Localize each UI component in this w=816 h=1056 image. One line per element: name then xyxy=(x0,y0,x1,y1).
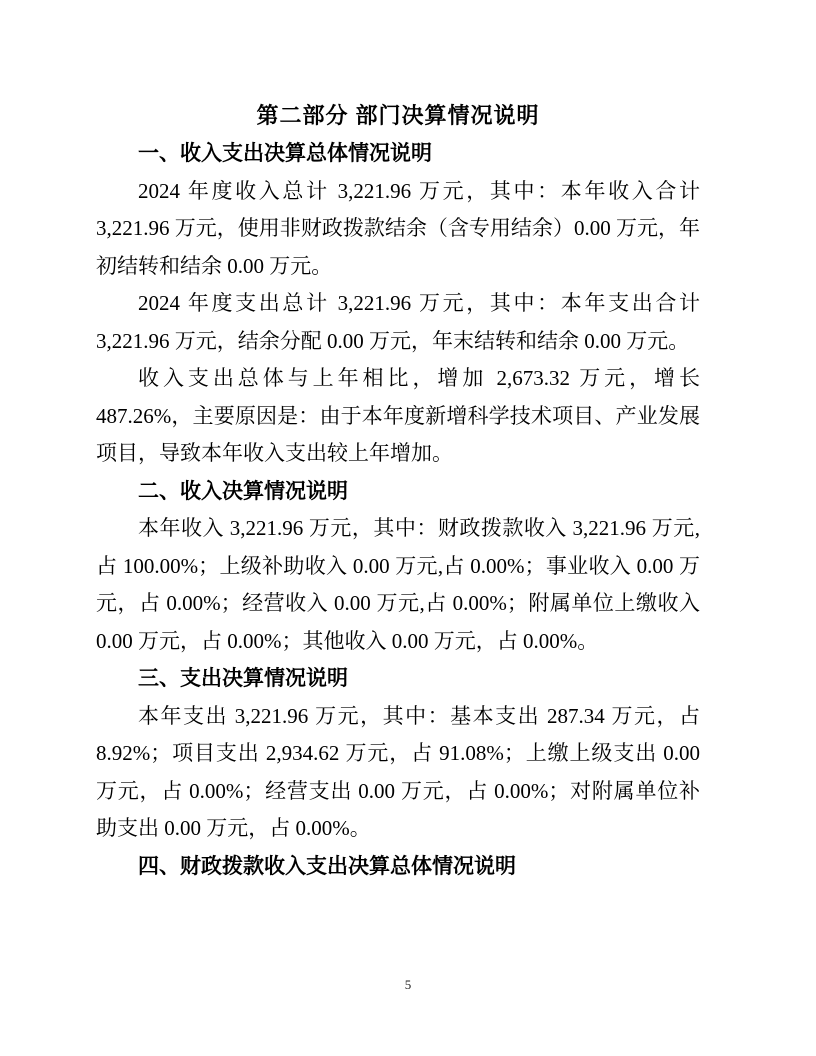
section-4-heading: 四、财政拨款收入支出决算总体情况说明 xyxy=(96,848,700,886)
document-page: 第二部分 部门决算情况说明 一、收入支出决算总体情况说明 2024 年度收入总计… xyxy=(0,0,816,1056)
document-content: 第二部分 部门决算情况说明 一、收入支出决算总体情况说明 2024 年度收入总计… xyxy=(96,97,700,885)
section-1-paragraph-1: 2024 年度收入总计 3,221.96 万元，其中：本年收入合计 3,221.… xyxy=(96,173,700,286)
page-number: 5 xyxy=(0,977,816,993)
section-1-heading: 一、收入支出决算总体情况说明 xyxy=(96,135,700,173)
section-1-paragraph-2: 2024 年度支出总计 3,221.96 万元，其中：本年支出合计 3,221.… xyxy=(96,285,700,360)
document-title: 第二部分 部门决算情况说明 xyxy=(96,97,700,135)
section-2-heading: 二、收入决算情况说明 xyxy=(96,473,700,511)
section-3-paragraph-1: 本年支出 3,221.96 万元，其中：基本支出 287.34 万元，占 8.9… xyxy=(96,698,700,848)
section-1-paragraph-3: 收入支出总体与上年相比，增加 2,673.32 万元，增长 487.26%，主要… xyxy=(96,360,700,473)
section-2-paragraph-1: 本年收入 3,221.96 万元，其中：财政拨款收入 3,221.96 万元,占… xyxy=(96,510,700,660)
section-3-heading: 三、支出决算情况说明 xyxy=(96,660,700,698)
